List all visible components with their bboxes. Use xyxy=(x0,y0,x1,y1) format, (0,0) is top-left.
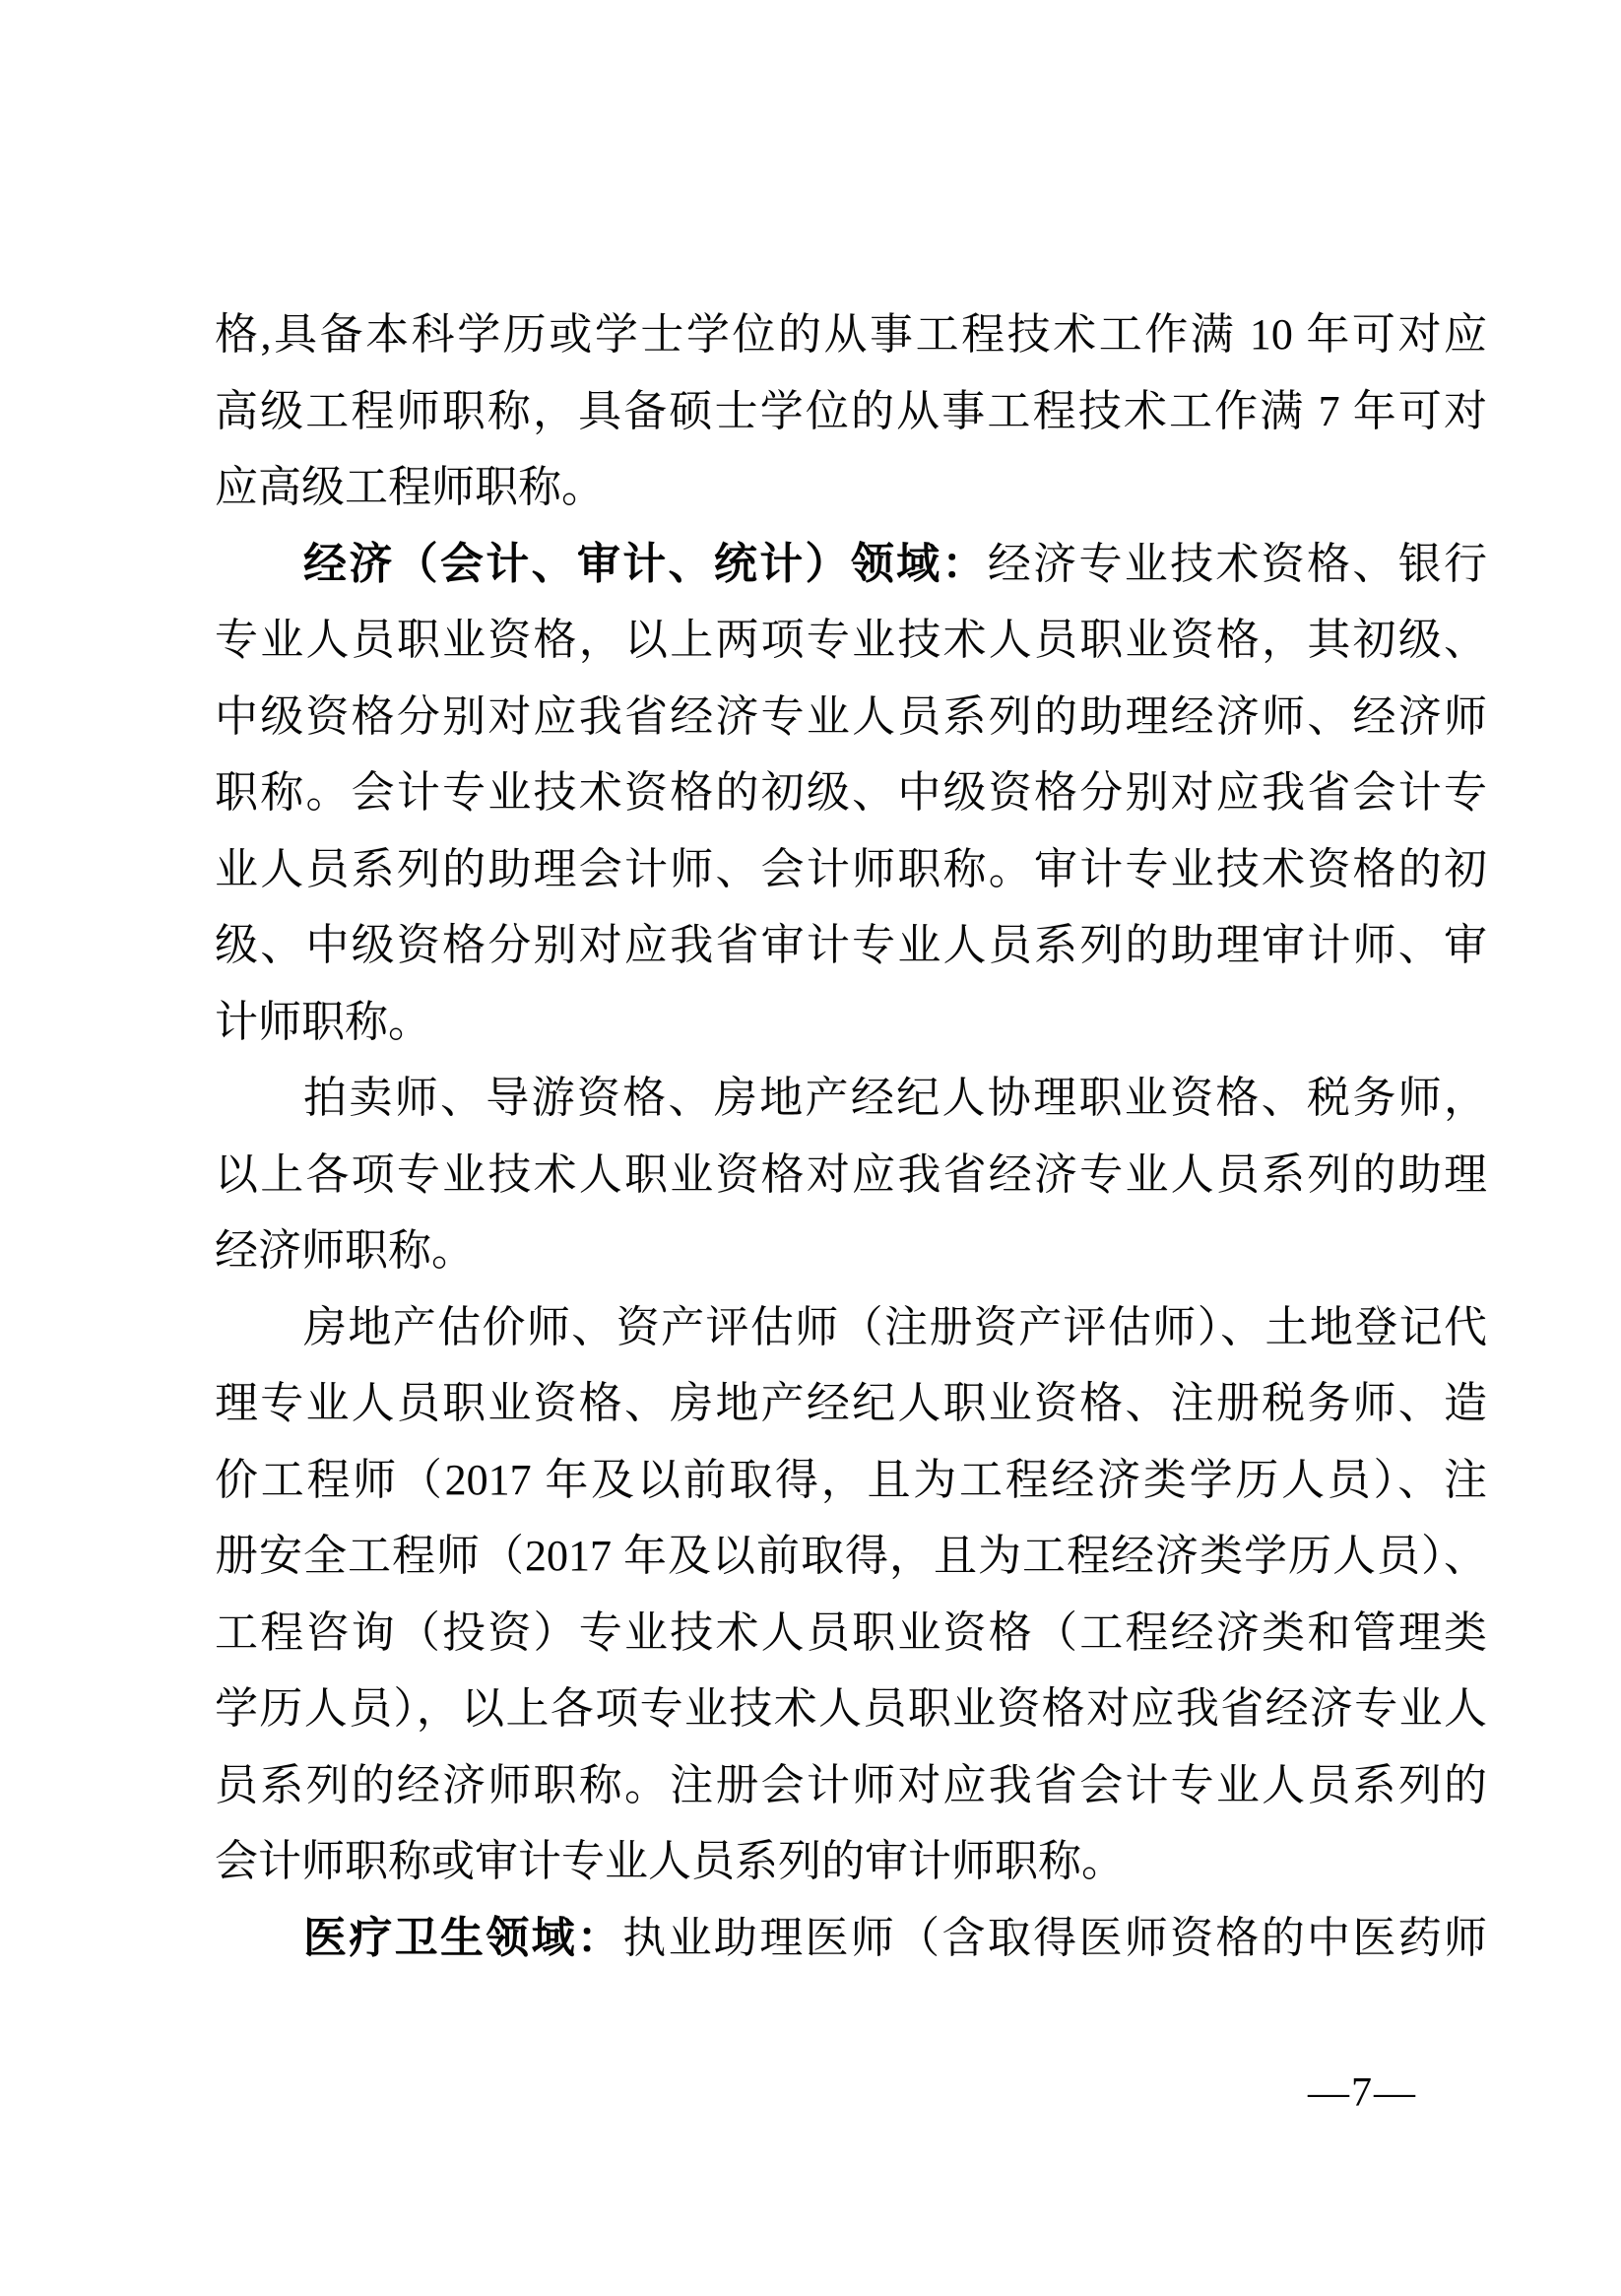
text-line: 计师职称。 xyxy=(215,984,1487,1061)
text-line: 学历人员），以上各项专业技术人员职业资格对应我省经济专业人 xyxy=(215,1671,1487,1747)
text-run: 执业助理医师（含取得医师资格的中医药师 xyxy=(622,1914,1487,1962)
text-line: 经济（会计、审计、统计）领域：经济专业技术资格、银行 xyxy=(215,526,1487,603)
text-line: 应高级工程师职称。 xyxy=(215,449,1487,526)
text-line: 职称。会计专业技术资格的初级、中级资格分别对应我省会计专 xyxy=(215,754,1487,831)
text-line: 会计师职称或审计专业人员系列的审计师职称。 xyxy=(215,1823,1487,1900)
text-line: 业人员系列的助理会计师、会计师职称。审计专业技术资格的初 xyxy=(215,831,1487,908)
text-line: 级、中级资格分别对应我省审计专业人员系列的助理审计师、审 xyxy=(215,907,1487,984)
text-line: 医疗卫生领域：执业助理医师（含取得医师资格的中医药师 xyxy=(215,1900,1487,1977)
text-line: 中级资格分别对应我省经济专业人员系列的助理经济师、经济师 xyxy=(215,679,1487,755)
section-heading-medical: 医疗卫生领域： xyxy=(303,1914,622,1962)
text-line: 册安全工程师（2017 年及以前取得，且为工程经济类学历人员）、 xyxy=(215,1518,1487,1595)
text-line: 理专业人员职业资格、房地产经纪人职业资格、注册税务师、造 xyxy=(215,1365,1487,1442)
text-line: 员系列的经济师职称。注册会计师对应我省会计专业人员系列的 xyxy=(215,1747,1487,1824)
text-run: 经济专业技术资格、银行 xyxy=(988,540,1487,588)
text-line: 以上各项专业技术人职业资格对应我省经济专业人员系列的助理 xyxy=(215,1137,1487,1214)
text-line: 价工程师（2017 年及以前取得，且为工程经济类学历人员）、注 xyxy=(215,1442,1487,1519)
text-line: 高级工程师职称，具备硕士学位的从事工程技术工作满 7 年可对 xyxy=(215,373,1487,450)
document-body: 格,具备本科学历或学士学位的从事工程技术工作满 10 年可对应 高级工程师职称，… xyxy=(215,296,1487,1976)
text-line: 工程咨询（投资）专业技术人员职业资格（工程经济类和管理类 xyxy=(215,1595,1487,1672)
document-page: 格,具备本科学历或学士学位的从事工程技术工作满 10 年可对应 高级工程师职称，… xyxy=(0,0,1621,2296)
text-line: 格,具备本科学历或学士学位的从事工程技术工作满 10 年可对应 xyxy=(215,296,1487,373)
text-line: 房地产估价师、资产评估师（注册资产评估师）、土地登记代 xyxy=(215,1289,1487,1366)
text-line: 专业人员职业资格，以上两项专业技术人员职业资格，其初级、 xyxy=(215,602,1487,679)
page-number: —7— xyxy=(1308,2064,1417,2123)
section-heading-economy: 经济（会计、审计、统计）领域： xyxy=(303,540,988,588)
text-line: 经济师职称。 xyxy=(215,1213,1487,1289)
text-line: 拍卖师、导游资格、房地产经纪人协理职业资格、税务师， xyxy=(215,1060,1487,1137)
